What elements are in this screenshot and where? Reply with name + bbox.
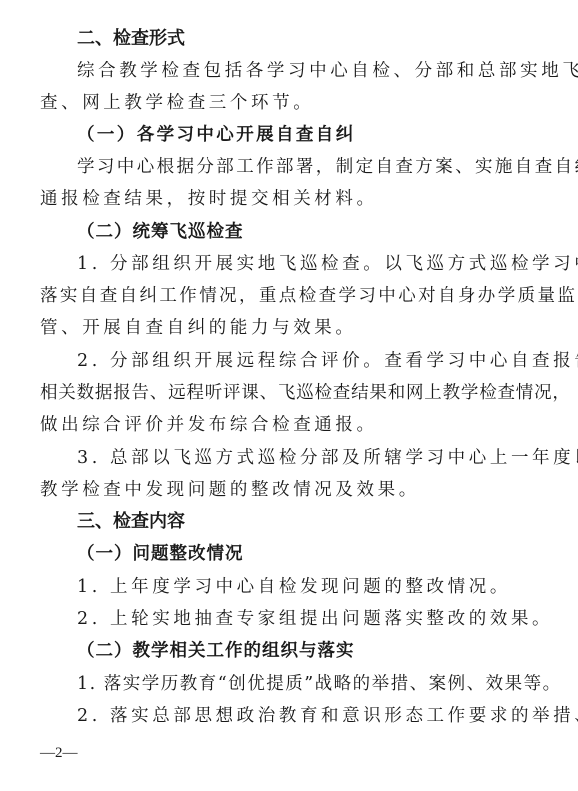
paragraph-line: 1. 上年度学习中心自检发现问题的整改情况。 [77, 572, 578, 602]
subsection-heading: （一）问题整改情况 [77, 539, 578, 569]
paragraph-line: 管、开展自查自纠的能力与效果。 [40, 313, 578, 343]
paragraph-line: 通报检查结果，按时提交相关材料。 [40, 184, 578, 214]
subsection-heading: （二）统筹飞巡检查 [77, 217, 578, 247]
page-number: —2— [40, 745, 78, 762]
paragraph-line: 2. 分部组织开展远程综合评价。查看学习中心自查报告、 [77, 346, 578, 376]
subsection-heading: （一）各学习中心开展自查自纠 [77, 120, 578, 150]
paragraph-line: 学习中心根据分部工作部署，制定自查方案、实施自查自纠、 [77, 152, 578, 182]
paragraph-line: 综合教学检查包括各学习中心自检、分部和总部实地飞巡检 [77, 56, 578, 86]
section-heading: 二、检查形式 [77, 24, 578, 54]
paragraph-line: 1. 分部组织开展实地飞巡检查。以飞巡方式巡检学习中心 [77, 249, 578, 279]
paragraph-line: 教学检查中发现问题的整改情况及效果。 [40, 475, 578, 505]
paragraph-line: 查、网上教学检查三个环节。 [40, 88, 578, 118]
paragraph-line: 2. 上轮实地抽查专家组提出问题落实整改的效果。 [77, 604, 578, 634]
paragraph-line: 1. 落实学历教育“创优提质”战略的举措、案例、效果等。 [77, 669, 578, 699]
paragraph-line: 2. 落实总部思想政治教育和意识形态工作要求的举措、效 [77, 701, 578, 731]
paragraph-line: 3. 总部以飞巡方式巡检分部及所辖学习中心上一年度以来 [77, 443, 578, 473]
paragraph-line: 相关数据报告、远程听评课、飞巡检查结果和网上教学检查情况， [40, 378, 578, 408]
section-heading: 三、检查内容 [77, 507, 578, 537]
subsection-heading: （二）教学相关工作的组织与落实 [77, 636, 578, 666]
paragraph-line: 落实自查自纠工作情况，重点检查学习中心对自身办学质量监 [40, 281, 578, 311]
paragraph-line: 做出综合评价并发布综合检查通报。 [40, 410, 578, 440]
